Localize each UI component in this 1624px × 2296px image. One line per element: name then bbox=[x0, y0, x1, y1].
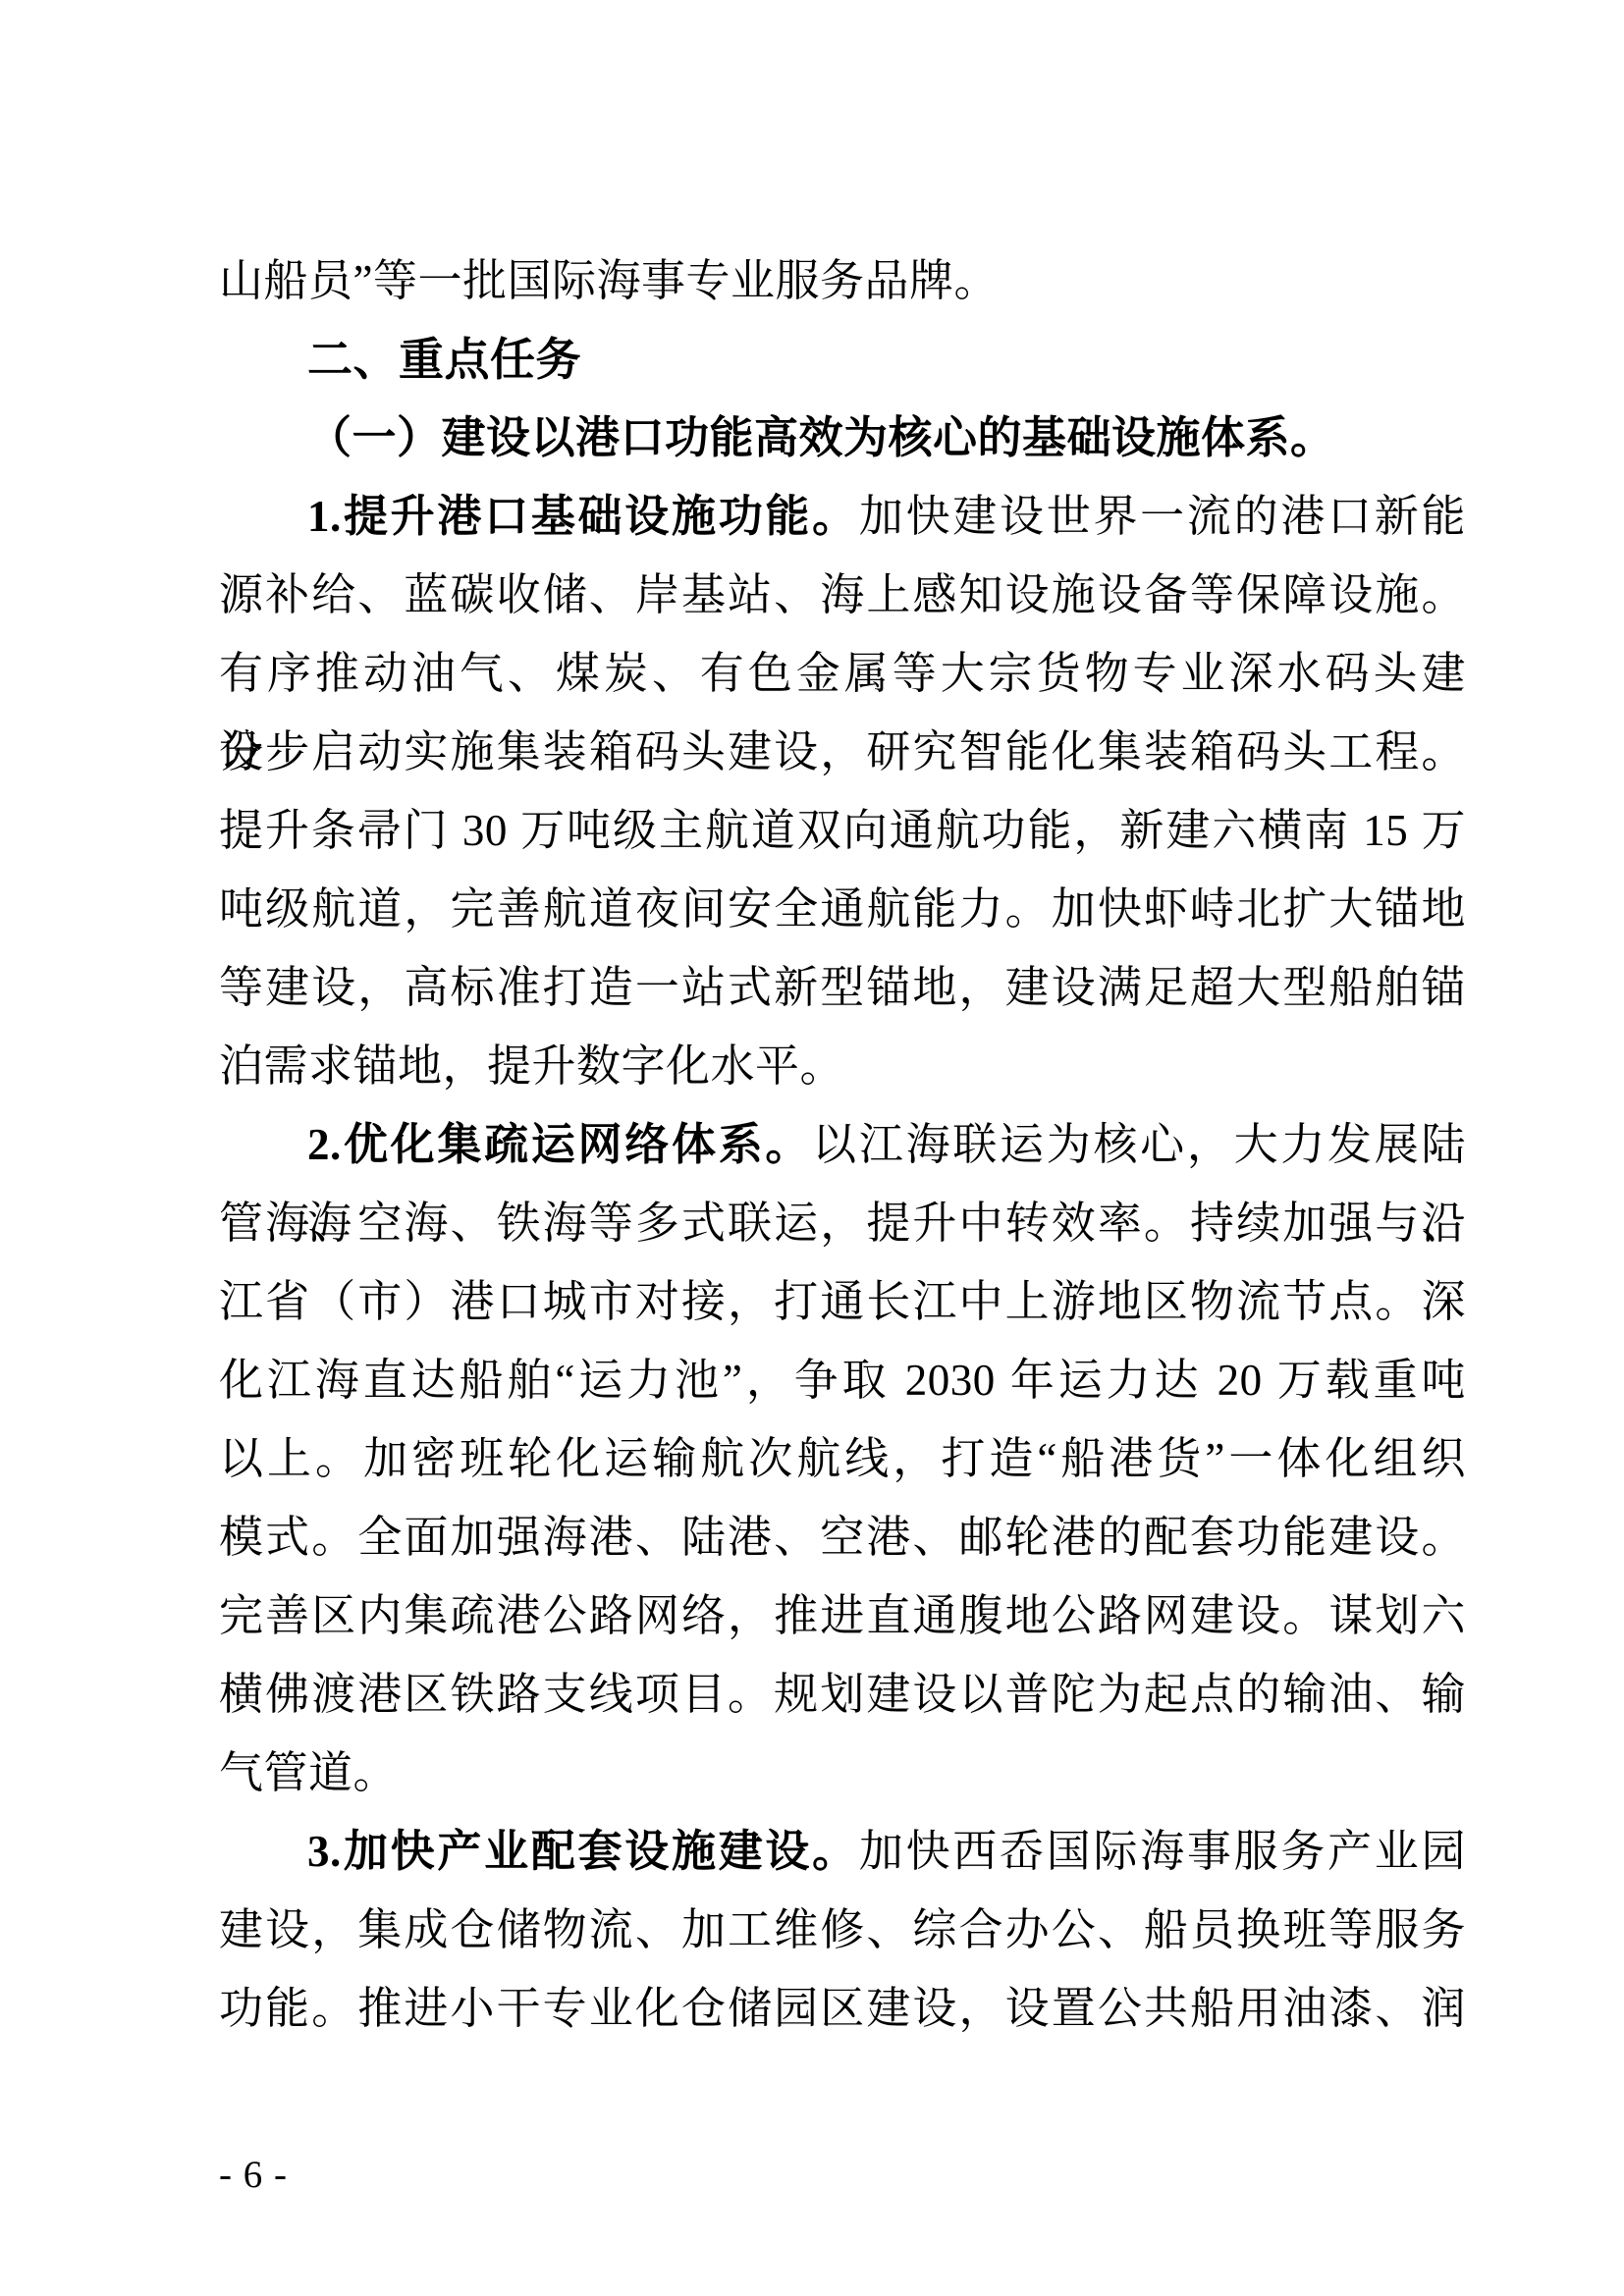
page-number: - 6 - bbox=[219, 2152, 288, 2199]
line-text: 江省（市）港口城市对接，打通长江中上游地区物流节点。深 bbox=[219, 1277, 1466, 1326]
text-line: 完善区内集疏港公路网络，推进直通腹地公路网建设。谋划六 bbox=[219, 1576, 1466, 1655]
line-bold-lead: （一）建设以港口功能高效为核心的基础设施体系。 bbox=[307, 413, 1335, 462]
text-line: 提升条帚门 30 万吨级主航道双向通航功能，新建六横南 15 万 bbox=[219, 791, 1466, 870]
text-line: 源补给、蓝碳收储、岸基站、海上感知设施设备等保障设施。 bbox=[219, 556, 1466, 634]
line-text: 以上。加密班轮化运输航次航线，打造“船港货”一体化组织 bbox=[219, 1434, 1466, 1483]
line-text: 功能。推进小干专业化仓储园区建设，设置公共船用油漆、润 bbox=[219, 1984, 1466, 2033]
text-line: 山船员”等一批国际海事专业服务品牌。 bbox=[219, 241, 1466, 320]
line-text: 建设，集成仓储物流、加工维修、综合办公、船员换班等服务 bbox=[219, 1905, 1466, 1954]
line-text: 完善区内集疏港公路网络，推进直通腹地公路网建设。谋划六 bbox=[219, 1591, 1466, 1640]
line-bold-lead: 二、重点任务 bbox=[307, 334, 581, 385]
document-body: 山船员”等一批国际海事专业服务品牌。 二、重点任务 （一）建设以港口功能高效为核… bbox=[219, 241, 1466, 2048]
text-line: 建设，集成仓储物流、加工维修、综合办公、船员换班等服务 bbox=[219, 1891, 1466, 1969]
line-text: 提升条帚门 30 万吨级主航道双向通航功能，新建六横南 15 万 bbox=[219, 806, 1466, 855]
text-line: 分步启动实施集装箱码头建设，研究智能化集装箱码头工程。 bbox=[219, 713, 1466, 791]
text-line: 泊需求锚地，提升数字化水平。 bbox=[219, 1027, 1466, 1105]
text-line: 气管道。 bbox=[219, 1734, 1466, 1812]
text-line: 功能。推进小干专业化仓储园区建设，设置公共船用油漆、润 bbox=[219, 1969, 1466, 2048]
text-line: 1.提升港口基础设施功能。加快建设世界一流的港口新能 bbox=[219, 477, 1466, 556]
text-line: 横佛渡港区铁路支线项目。规划建设以普陀为起点的输油、输 bbox=[219, 1655, 1466, 1734]
section-heading: 二、重点任务 bbox=[219, 320, 1466, 399]
line-text: 泊需求锚地，提升数字化水平。 bbox=[219, 1041, 844, 1091]
text-line: 化江海直达船舶“运力池”，争取 2030 年运力达 20 万载重吨 bbox=[219, 1341, 1466, 1419]
line-text: 管海、空海、铁海等多式联运，提升中转效率。持续加强与沿 bbox=[219, 1199, 1466, 1248]
line-text: 加快建设世界一流的港口新能 bbox=[859, 492, 1466, 541]
line-text: 源补给、蓝碳收储、岸基站、海上感知设施设备等保障设施。 bbox=[219, 570, 1466, 619]
text-line: 等建设，高标准打造一站式新型锚地，建设满足超大型船舶锚 bbox=[219, 948, 1466, 1027]
line-text: 等建设，高标准打造一站式新型锚地，建设满足超大型船舶锚 bbox=[219, 963, 1466, 1012]
line-bold-lead: 1.提升港口基础设施功能。 bbox=[307, 492, 859, 541]
line-bold-lead: 2.优化集疏运网络体系。 bbox=[307, 1120, 812, 1169]
text-line: 模式。全面加强海港、陆港、空港、邮轮港的配套功能建设。 bbox=[219, 1498, 1466, 1576]
line-text: 化江海直达船舶“运力池”，争取 2030 年运力达 20 万载重吨 bbox=[219, 1356, 1466, 1405]
line-text: 加快西岙国际海事服务产业园 bbox=[859, 1827, 1466, 1876]
text-line: 吨级航道，完善航道夜间安全通航能力。加快虾峙北扩大锚地 bbox=[219, 870, 1466, 948]
line-bold-lead: 3.加快产业配套设施建设。 bbox=[307, 1827, 859, 1876]
line-text: 山船员”等一批国际海事专业服务品牌。 bbox=[219, 256, 999, 305]
line-text: 横佛渡港区铁路支线项目。规划建设以普陀为起点的输油、输 bbox=[219, 1670, 1466, 1719]
text-line: 管海、空海、铁海等多式联运，提升中转效率。持续加强与沿 bbox=[219, 1184, 1466, 1262]
text-line: 有序推动油气、煤炭、有色金属等大宗货物专业深水码头建设。 bbox=[219, 634, 1466, 713]
line-text: 分步启动实施集装箱码头建设，研究智能化集装箱码头工程。 bbox=[219, 727, 1466, 776]
line-text: 模式。全面加强海港、陆港、空港、邮轮港的配套功能建设。 bbox=[219, 1513, 1466, 1562]
text-line: 3.加快产业配套设施建设。加快西岙国际海事服务产业园 bbox=[219, 1812, 1466, 1891]
line-text: 气管道。 bbox=[219, 1748, 398, 1797]
subsection-heading: （一）建设以港口功能高效为核心的基础设施体系。 bbox=[219, 399, 1466, 477]
text-line: 2.优化集疏运网络体系。以江海联运为核心，大力发展陆海、 bbox=[219, 1105, 1466, 1184]
text-line: 以上。加密班轮化运输航次航线，打造“船港货”一体化组织 bbox=[219, 1419, 1466, 1498]
document-page: 山船员”等一批国际海事专业服务品牌。 二、重点任务 （一）建设以港口功能高效为核… bbox=[0, 0, 1624, 2296]
line-text: 吨级航道，完善航道夜间安全通航能力。加快虾峙北扩大锚地 bbox=[219, 884, 1466, 934]
text-line: 江省（市）港口城市对接，打通长江中上游地区物流节点。深 bbox=[219, 1262, 1466, 1341]
